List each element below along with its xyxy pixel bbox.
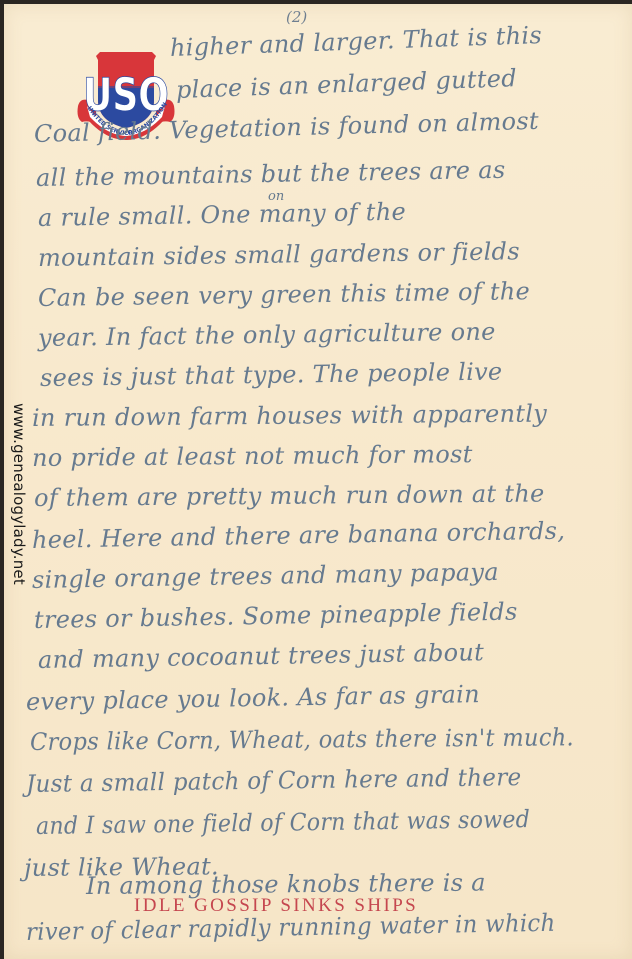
letter-line-14: single orange trees and many papaya: [32, 558, 499, 594]
watermark-text: www.genealogylady.net: [10, 403, 28, 585]
letter-page: (2) USO UNITED SERVICE ORGANIZATIONS hig…: [4, 4, 632, 959]
letter-line-18: Crops like Corn, Wheat, oats there isn't…: [30, 723, 574, 756]
letter-line-20: and I saw one field of Corn that was sow…: [36, 805, 530, 840]
letter-line-5: a rule small. One many of the: [38, 198, 406, 232]
letter-line-10: in run down farm houses with apparently: [32, 400, 547, 432]
letter-line-13: heel. Here and there are banana orchards…: [32, 517, 566, 554]
letter-line-2: place is an enlarged gutted: [176, 64, 518, 104]
letter-line-1: higher and larger. That is this: [170, 21, 543, 62]
letter-line-8: year. In fact the only agriculture one: [38, 318, 496, 352]
letter-line-7: Can be seen very green this time of the: [38, 277, 530, 312]
letter-line-11: no pride at least not much for most: [32, 440, 473, 472]
watermark: www.genealogylady.net: [8, 394, 30, 594]
letter-line-15: trees or bushes. Some pineapple fields: [34, 598, 518, 634]
letter-line-12: of them are pretty much run down at the: [34, 480, 545, 512]
page-number: (2): [286, 8, 307, 26]
letter-line-16: and many cocoanut trees just about: [38, 638, 485, 674]
letter-line-19: Just a small patch of Corn here and ther…: [26, 763, 522, 798]
letter-line-6: mountain sides small gardens or fields: [38, 237, 520, 272]
letter-line-17: every place you look. As far as grain: [26, 680, 480, 716]
letter-line-4: all the mountains but the trees are as: [36, 156, 506, 192]
letter-line-9: sees is just that type. The people live: [40, 358, 503, 392]
letter-line-23: river of clear rapidly running water in …: [26, 909, 556, 946]
